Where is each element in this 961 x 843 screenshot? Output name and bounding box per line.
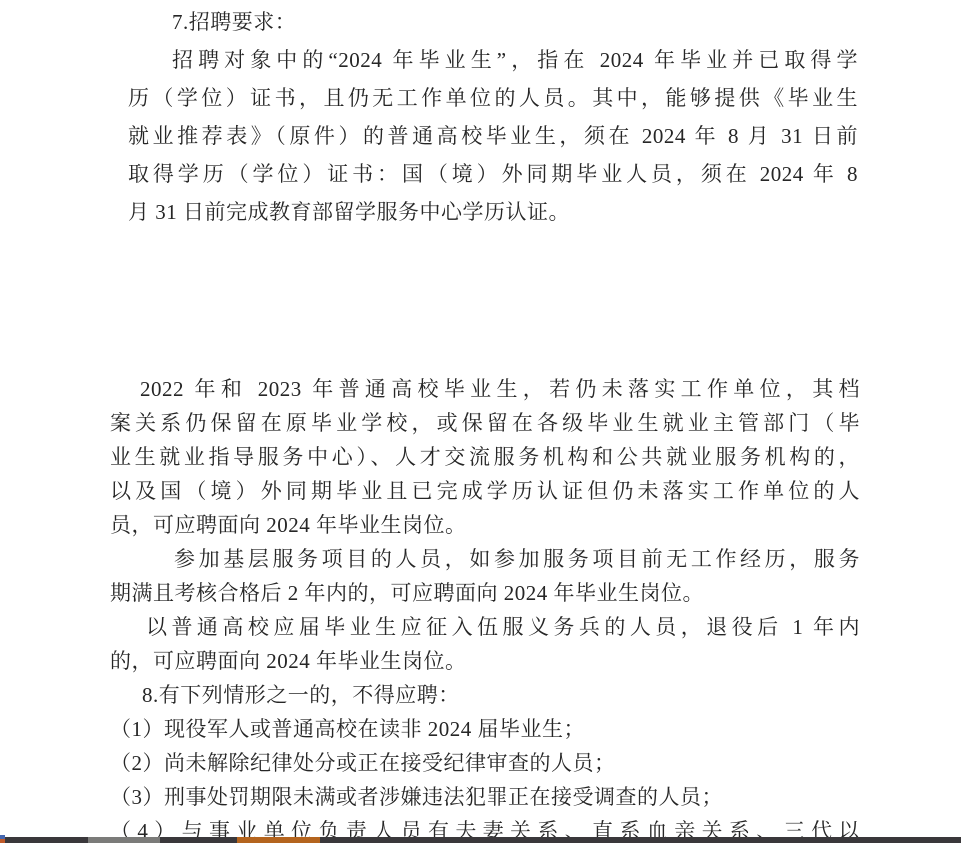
- app-icon-bottom: [0, 839, 5, 843]
- text-line: 的，可应聘面向 2024 年毕业生岗位。: [110, 644, 860, 678]
- text-line: 月 31 日前完成教育部留学服务中心学历认证。: [128, 193, 858, 231]
- text-line: 招聘对象中的“2024 年毕业生”，指在 2024 年毕业并已取得学: [128, 41, 858, 79]
- text-line: 7.招聘要求：: [128, 3, 858, 41]
- text-line: （2）尚未解除纪律处分或正在接受纪律审查的人员；: [110, 746, 860, 780]
- taskbar-segment-orange[interactable]: [237, 837, 320, 843]
- text-line: 期满且考核合格后 2 年内的，可应聘面向 2024 年毕业生岗位。: [110, 576, 860, 610]
- text-line: 业生就业指导服务中心）、人才交流服务机构和公共就业服务机构的，: [110, 440, 860, 474]
- text-line: 员，可应聘面向 2024 年毕业生岗位。: [110, 508, 860, 542]
- text-line: 就业推荐表》（原件）的普通高校毕业生，须在 2024 年 8 月 31 日前: [128, 117, 858, 155]
- text-line: 案关系仍保留在原毕业学校，或保留在各级毕业生就业主管部门（毕: [110, 406, 860, 440]
- taskbar-segment-light[interactable]: [88, 837, 160, 843]
- text-line: （3）刑事处罚期限未满或者涉嫌违法犯罪正在接受调查的人员；: [110, 780, 860, 814]
- paragraph-block-2: 2022 年和 2023 年普通高校毕业生，若仍未落实工作单位，其档案关系仍保留…: [110, 372, 860, 843]
- document-page: 7.招聘要求：招聘对象中的“2024 年毕业生”，指在 2024 年毕业并已取得…: [0, 0, 961, 843]
- text-line: 历（学位）证书，且仍无工作单位的人员。其中，能够提供《毕业生: [128, 79, 858, 117]
- paragraph-block-1: 7.招聘要求：招聘对象中的“2024 年毕业生”，指在 2024 年毕业并已取得…: [128, 3, 858, 231]
- text-line: 以普通高校应届毕业生应征入伍服义务兵的人员，退役后 1 年内: [110, 610, 860, 644]
- taskbar-strip: [0, 837, 961, 843]
- text-line: （1）现役军人或普通高校在读非 2024 届毕业生；: [110, 712, 860, 746]
- text-line: 2022 年和 2023 年普通高校毕业生，若仍未落实工作单位，其档: [110, 372, 860, 406]
- text-line: 以及国（境）外同期毕业且已完成学历认证但仍未落实工作单位的人: [110, 474, 860, 508]
- text-line: 参加基层服务项目的人员，如参加服务项目前无工作经历，服务: [110, 542, 860, 576]
- text-line: 取得学历（学位）证书：国（境）外同期毕业人员，须在 2024 年 8: [128, 155, 858, 193]
- taskbar-app-icon[interactable]: [0, 835, 5, 843]
- text-line: 8.有下列情形之一的，不得应聘：: [110, 678, 860, 712]
